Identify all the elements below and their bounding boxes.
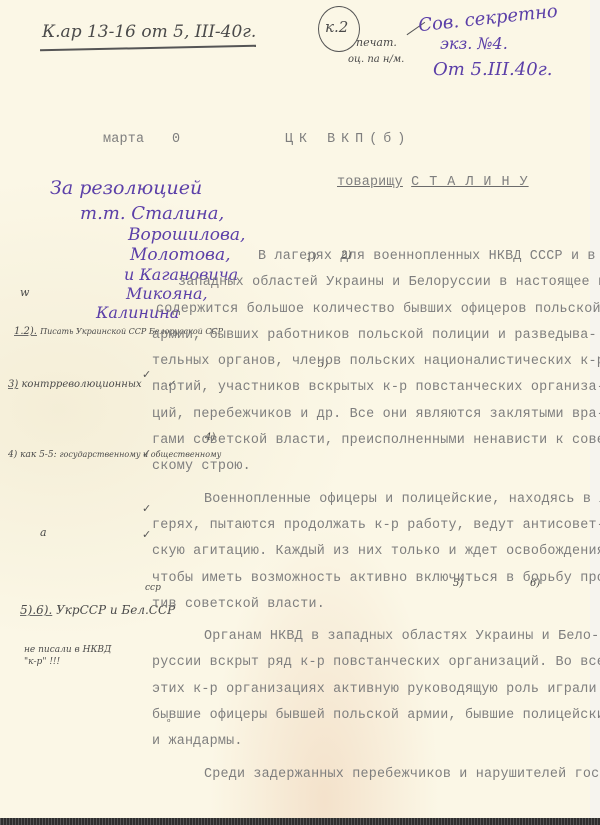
margin-mark-a: a — [40, 526, 47, 539]
note-4-label: 5).6). — [20, 603, 52, 617]
resolution-line-3: Ворошилова, — [128, 225, 245, 245]
body-line: гами советской власти, преисполненными н… — [152, 428, 582, 454]
body-line: бывшие офицеры бывшей польской армии, бы… — [152, 703, 582, 729]
body-line: чтобы иметь возможность активно включить… — [152, 566, 582, 592]
margin-mark-w: w — [20, 286, 29, 299]
body-line: Органам НКВД в западных областях Украины… — [152, 624, 582, 650]
check-mark: ✓ — [142, 368, 151, 381]
margin-note-5-line-2: "к-р" !!! — [24, 657, 60, 667]
body-line: и жандармы. — [152, 729, 582, 755]
body-line: Среди задержанных перебежчиков и нарушит… — [152, 762, 582, 788]
letter-body: В лагерях для военнопленных НКВД СССР и … — [152, 244, 582, 788]
body-line: содержится большое количество бывших офи… — [152, 297, 582, 323]
body-line: Военнопленные офицеры и полицейские, нах… — [152, 487, 582, 513]
addressee-salutation: товарищу С Т А Л И Н У — [337, 175, 529, 190]
secrecy-date: От 5.III.40г. — [433, 59, 553, 80]
addressee-name: С Т А Л И Н У — [411, 175, 528, 190]
note-1-label: 1.2). — [14, 326, 37, 337]
body-line: тив советской власти. — [152, 592, 582, 618]
check-mark: ✓ — [142, 528, 151, 541]
body-line: скую агитацию. Каждый из них только и жд… — [152, 539, 582, 565]
pencil-reference-note: К.ар 13-16 от 5, III-40г. — [42, 22, 256, 42]
resolution-line-1: За резолюцией — [50, 177, 202, 199]
page-number: к.2 — [325, 18, 348, 36]
note-2-label: 3) — [8, 379, 18, 390]
body-line: партий, участников вскрытых к-р повстанч… — [152, 375, 582, 401]
date-month: марта — [103, 132, 144, 147]
body-line: западных областей Украины и Белоруссии в… — [152, 270, 582, 296]
salutation-text: товарищу — [337, 175, 403, 190]
body-line: тельных органов, членов польских национа… — [152, 349, 582, 375]
check-mark: ✓ — [142, 447, 151, 460]
body-line: этих к-р организациях активную руководящ… — [152, 677, 582, 703]
margin-note-5-line-1: не писали в НКВД — [24, 645, 111, 655]
body-line: В лагерях для военнопленных НКВД СССР и … — [152, 244, 582, 270]
pencil-note-copies: оц. па н/м. — [348, 54, 404, 65]
addressee-org: ЦК ВКП(б) — [285, 132, 411, 147]
resolution-line-2: т.т. Сталина, — [80, 203, 224, 224]
body-line: ций, перебежчиков и др. Все они являются… — [152, 402, 582, 428]
check-mark: ✓ — [142, 502, 151, 515]
note-2-text: контрреволюционных — [21, 379, 141, 390]
date-day: 0 — [172, 132, 180, 147]
body-line: скому строю. — [152, 454, 582, 480]
scanner-edge — [0, 818, 600, 825]
note-3-label: 4) как 5-5: — [8, 450, 57, 460]
body-line: руссии вскрыт ряд к-р повстанческих орга… — [152, 650, 582, 676]
copy-number: экз. №4. — [440, 34, 508, 53]
body-line: армии, бывших работников польской полици… — [152, 323, 582, 349]
body-line: герях, пытаются продолжать к-р работу, в… — [152, 513, 582, 539]
pencil-note-print: печат. — [356, 36, 397, 49]
